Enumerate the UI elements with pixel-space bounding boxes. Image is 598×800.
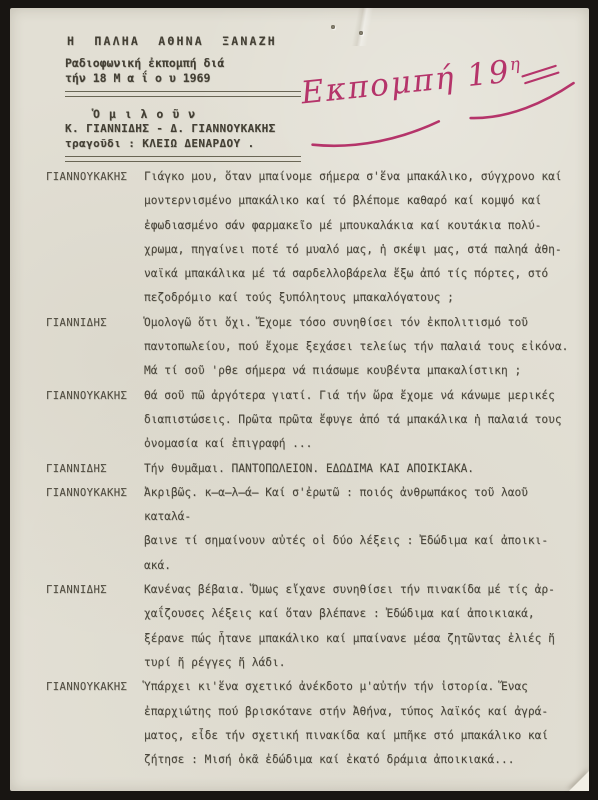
- dialog-text: Τήν θυμᾶμαι. ΠΑΝΤΟΠΩΛΕΙΟΝ. ΕΔΩΔΙΜΑ ΚΑΙ Α…: [144, 457, 576, 481]
- dialog-row: ΓΙΑΝΝΟΥΚΑΚΗΣ Γιάγκο μου, ὅταν μπαίνομε σ…: [46, 165, 576, 311]
- typed-double-rule: [65, 91, 301, 97]
- dialog-row: ΓΙΑΝΝΙΔΗΣ Ὁμολογῶ ὅτι ὄχι. Ἔχομε τόσο συ…: [46, 311, 576, 384]
- speaker-label: ΓΙΑΝΝΟΥΚΑΚΗΣ: [46, 165, 144, 189]
- dialog-row: ΓΙΑΝΝΟΥΚΑΚΗΣ Ὑπάρχει κι'ἕνα σχετικό ἀνέκ…: [46, 675, 576, 772]
- broadcast-date-line: τήν 18 Μ α ΐ ο υ 1969: [65, 71, 301, 86]
- dialog-text: Ὑπάρχει κι'ἕνα σχετικό ἀνέκδοτο μ'αὐτήν …: [144, 675, 576, 772]
- annotation-number: 19: [465, 54, 512, 94]
- speaker-label: ΓΙΑΝΝΟΥΚΑΚΗΣ: [46, 675, 144, 699]
- document-title: Η ΠΑΛΗΑ ΑΘΗΝΑ ΞΑΝΑΖΗ: [67, 34, 301, 48]
- paper-crease: [300, 8, 420, 46]
- annotation-word: Εκπομπή: [299, 60, 457, 112]
- speaker-label: ΓΙΑΝΝΟΥΚΑΚΗΣ: [46, 481, 144, 505]
- annotation-ordinal-suffix: η: [509, 54, 521, 75]
- speaker-label: ΓΙΑΝΝΙΔΗΣ: [46, 457, 144, 481]
- dialog-row: ΓΙΑΝΝΙΔΗΣ Τήν θυμᾶμαι. ΠΑΝΤΟΠΩΛΕΙΟΝ. ΕΔΩ…: [46, 457, 576, 481]
- handwritten-annotation: Εκπομπή 19η: [292, 32, 592, 172]
- dialog-text: Ὁμολογῶ ὅτι ὄχι. Ἔχομε τόσο συνηθίσει τό…: [144, 311, 576, 384]
- song-credit: τραγοῦδι : ΚΛΕΙΩ ΔΕΝΑΡΔΟΥ .: [65, 137, 301, 152]
- scanned-document: Η ΠΑΛΗΑ ΑΘΗΝΑ ΞΑΝΑΖΗ Ραδιοφωνική ἐκπομπή…: [0, 0, 598, 800]
- dialog-row: ΓΙΑΝΝΟΥΚΑΚΗΣ Θά σοῦ πῶ ἀργότερα γιατί. Γ…: [46, 384, 576, 457]
- typed-double-rule: [65, 156, 301, 162]
- annotation-underline-strokes: [292, 32, 592, 172]
- broadcast-subtitle-line1: Ραδιοφωνική ἐκπομπή διά: [65, 56, 301, 71]
- dialog-text: Ἀκριβῶς. κ̶α̶λ̶ά̶ Καί σ'ἐρωτῶ : ποιός ἀν…: [144, 481, 576, 578]
- dialog-row: ΓΙΑΝΝΟΥΚΑΚΗΣ Ἀκριβῶς. κ̶α̶λ̶ά̶ Καί σ'ἐρω…: [46, 481, 576, 578]
- dialog-row: ΓΙΑΝΝΙΔΗΣ Κανένας βέβαια. Ὅμως εἴχανε συ…: [46, 578, 576, 675]
- speakers-names: Κ. ΓΙΑΝΝΙΔΗΣ - Δ. ΓΙΑΝΝΟΥΚΑΚΗΣ: [65, 122, 301, 137]
- pinhole-mark: [359, 31, 363, 35]
- page-fold-corner: [569, 771, 589, 791]
- speaker-label: ΓΙΑΝΝΙΔΗΣ: [46, 578, 144, 602]
- speaker-label: ΓΙΑΝΝΙΔΗΣ: [46, 311, 144, 335]
- annotation-text: Εκπομπή 19η: [299, 53, 522, 112]
- dialog-text: Θά σοῦ πῶ ἀργότερα γιατί. Γιά τήν ὥρα ἔχ…: [144, 384, 576, 457]
- dialogue-transcript: ΓΙΑΝΝΟΥΚΑΚΗΣ Γιάγκο μου, ὅταν μπαίνομε σ…: [46, 165, 576, 772]
- pinhole-mark: [331, 25, 335, 29]
- dialog-text: Κανένας βέβαια. Ὅμως εἴχανε συνηθίσει τή…: [144, 578, 576, 675]
- speaker-label: ΓΙΑΝΝΟΥΚΑΚΗΣ: [46, 384, 144, 408]
- document-header: Η ΠΑΛΗΑ ΑΘΗΝΑ ΞΑΝΑΖΗ Ραδιοφωνική ἐκπομπή…: [65, 34, 301, 162]
- dialog-text: Γιάγκο μου, ὅταν μπαίνομε σήμερα σ'ἕνα μ…: [144, 165, 576, 311]
- speakers-heading: Ὁ μ ι λ ο ῦ ν: [93, 107, 301, 121]
- paper-sheet: Η ΠΑΛΗΑ ΑΘΗΝΑ ΞΑΝΑΖΗ Ραδιοφωνική ἐκπομπή…: [10, 8, 589, 791]
